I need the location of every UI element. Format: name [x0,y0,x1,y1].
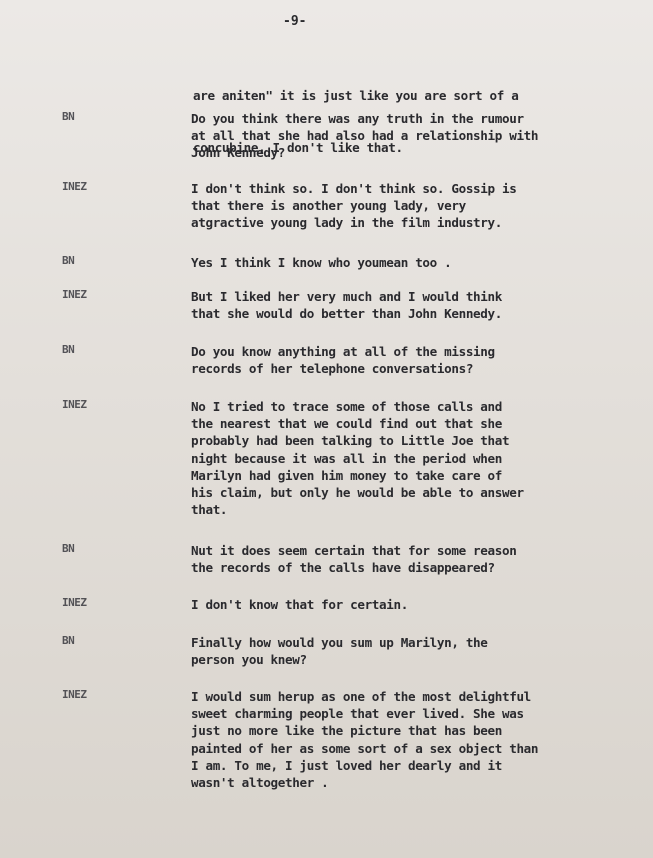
text-line: Finally how would you sum up Marilyn, th… [191,634,488,651]
speaker-label: BN [62,542,74,555]
speaker-label: BN [62,343,74,356]
speech-text: I would sum herup as one of the most del… [191,688,538,791]
text-line: But I liked her very much and I would th… [191,288,502,305]
speech-text: But I liked her very much and I would th… [191,288,502,322]
speaker-label: BN [62,634,74,647]
text-line: Do you know anything at all of the missi… [191,343,495,360]
text-line: I would sum herup as one of the most del… [191,688,538,705]
text-line: are aniten" it is just like you are sort… [193,87,518,104]
text-line: that there is another young lady, very [191,197,516,214]
speech-text: Yes I think I know who youmean too . [191,254,451,271]
text-line: Do you think there was any truth in the … [191,110,538,127]
typewritten-transcript-page: -9- are aniten" it is just like you are … [0,0,653,858]
speech-text: No I tried to trace some of those calls … [191,398,524,518]
page-number: -9- [283,14,306,29]
text-line: that. [191,501,524,518]
speaker-label: INEZ [62,688,87,701]
speech-text: Do you think there was any truth in the … [191,110,538,162]
speaker-label: BN [62,254,74,267]
speech-text: Nut it does seem certain that for some r… [191,542,516,576]
text-line: the records of the calls have disappeare… [191,559,516,576]
text-line: I am. To me, I just loved her dearly and… [191,757,538,774]
text-line: No I tried to trace some of those calls … [191,398,524,415]
text-line: I don't think so. I don't think so. Goss… [191,180,516,197]
text-line: atgractive young lady in the film indust… [191,214,516,231]
text-line: sweet charming people that ever lived. S… [191,705,538,722]
text-line: wasn't altogether . [191,774,538,791]
text-line: I don't know that for certain. [191,596,408,613]
text-line: at all that she had also had a relations… [191,127,538,144]
text-line: the nearest that we could find out that … [191,415,524,432]
text-line: night because it was all in the period w… [191,450,524,467]
speech-text: Finally how would you sum up Marilyn, th… [191,634,488,668]
speech-text: Do you know anything at all of the missi… [191,343,495,377]
text-line: just no more like the picture that has b… [191,722,538,739]
speaker-label: INEZ [62,180,87,193]
text-line: Yes I think I know who youmean too . [191,254,451,271]
text-line: Marilyn had given him money to take care… [191,467,524,484]
text-line: Nut it does seem certain that for some r… [191,542,516,559]
text-line: person you knew? [191,651,488,668]
speaker-label: BN [62,110,74,123]
text-line: painted of her as some sort of a sex obj… [191,740,538,757]
speech-text: I don't know that for certain. [191,596,408,613]
text-line: that she would do better than John Kenne… [191,305,502,322]
text-line: John Kennedy? [191,144,538,161]
text-line: his claim, but only he would be able to … [191,484,524,501]
text-line: records of her telephone conversations? [191,360,495,377]
text-line: probably had been talking to Little Joe … [191,432,524,449]
speaker-label: INEZ [62,596,87,609]
speaker-label: INEZ [62,288,87,301]
speech-text: I don't think so. I don't think so. Goss… [191,180,516,232]
speaker-label: INEZ [62,398,87,411]
